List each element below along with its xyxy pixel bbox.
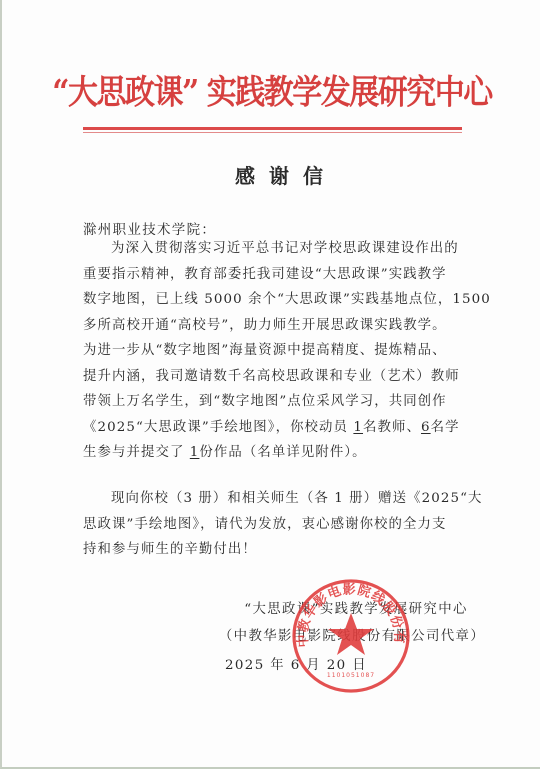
official-seal-stamp: 中教华影电影院线股份有限公司 1101051087 — [290, 577, 412, 695]
paragraph-line: 持和参与师生的辛勤付出！ — [83, 537, 463, 563]
paragraph-line: 带领上万名学生，到“数字地图”点位采风学习，共同创作 — [83, 389, 463, 415]
letter-title: 感谢信 — [2, 160, 540, 189]
letter-page: “大思政课” 实践教学发展研究中心 感谢信 滁州职业技术学院： 为深入贯彻落实习… — [0, 0, 540, 769]
paragraph-line: 多所高校开通“高校号”，助力师生开展思政课实践教学。 — [83, 313, 463, 339]
paragraph-line: 数字地图，已上线 5000 余个“大思政课”实践基地点位，1500 — [83, 287, 463, 313]
paragraph-line: 《2025“大思政课”手绘地图》，你校动员 1名教师、6名学 — [83, 415, 463, 441]
organization-header: “大思政课” 实践教学发展研究中心 — [2, 64, 540, 113]
works-count: 1 — [190, 445, 200, 460]
line-text: 份作品（名单详见附件）。 — [199, 445, 366, 460]
paragraph-1: 为深入贯彻落实习近平总书记对学校思政课建设作出的 重要指示精神，教育部委托我司建… — [83, 236, 463, 466]
paragraph-line: 重要指示精神，教育部委托我司建设“大思政课”实践教学 — [83, 262, 463, 288]
line-text: 名学 — [431, 420, 460, 435]
teachers-count: 1 — [353, 420, 363, 435]
line-text: 《2025“大思政课”手绘地图》，你校动员 — [83, 420, 353, 435]
stamp-serial: 1101051087 — [327, 672, 375, 679]
line-text: 名教师、 — [363, 420, 421, 435]
paragraph-line: 生参与并提交了 1份作品（名单详见附件）。 — [83, 440, 463, 466]
paragraph-line: 现向你校（3 册）和相关师生（各 1 册）赠送《2025“大 — [83, 486, 463, 512]
paragraph-line: 提升内涵，我司邀请数千名高校思政课和专业（艺术）教师 — [83, 364, 463, 390]
line-text: 生参与并提交了 — [83, 445, 190, 460]
paragraph-line: 为深入贯彻落实习近平总书记对学校思政课建设作出的 — [83, 236, 463, 262]
salutation: 滁州职业技术学院： — [83, 218, 216, 238]
paragraph-line: 为进一步从“数字地图”海量资源中提高精度、提炼精品、 — [83, 338, 463, 364]
students-count: 6 — [421, 420, 431, 435]
paragraph-2: 现向你校（3 册）和相关师生（各 1 册）赠送《2025“大 思政课”手绘地图》… — [83, 486, 463, 563]
star-icon — [328, 613, 374, 655]
header-rule-thick — [83, 127, 462, 130]
header-rule-thin — [83, 132, 462, 133]
paragraph-line: 思政课”手绘地图》，请代为发放，衷心感谢你校的全力支 — [83, 512, 463, 538]
